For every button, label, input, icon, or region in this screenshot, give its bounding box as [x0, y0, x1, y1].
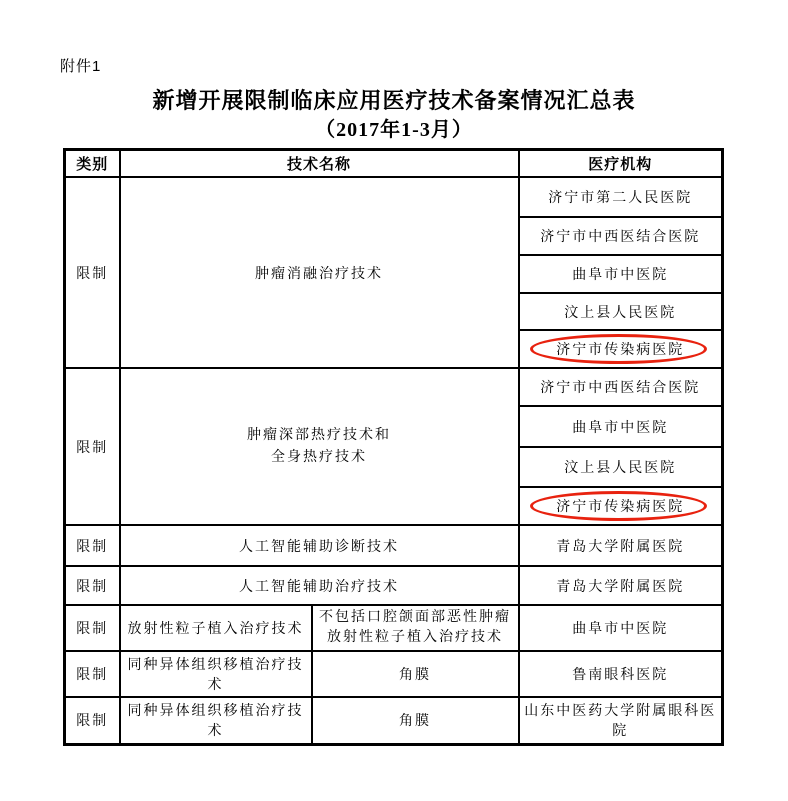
- institution-name: 济宁市传染病医院: [556, 343, 684, 358]
- table-row: 限制 同种异体组织移植治疗技术 角膜 鲁南眼科医院: [65, 651, 723, 697]
- technology-cell: 肿瘤深部热疗技术和 全身热疗技术: [120, 368, 519, 525]
- technology-cell: 人工智能辅助诊断技术: [120, 525, 519, 566]
- table-row: 限制 肿瘤深部热疗技术和 全身热疗技术 济宁市中西医结合医院: [65, 368, 723, 406]
- institution-cell: 青岛大学附属医院: [519, 566, 723, 605]
- institution-cell: 曲阜市中医院: [519, 605, 723, 651]
- document-subtitle: （2017年1-3月）: [0, 113, 788, 142]
- technology-cell: 同种异体组织移植治疗技术: [120, 651, 312, 697]
- institution-cell: 曲阜市中医院: [519, 255, 723, 293]
- scanned-document-page: { "page": { "attachment_label": "附件1", "…: [0, 0, 788, 801]
- institution-name: 济宁市传染病医院: [556, 500, 684, 515]
- institution-cell: 汶上县人民医院: [519, 447, 723, 487]
- institution-cell-circled: 济宁市传染病医院: [519, 487, 723, 525]
- category-cell: 限制: [65, 525, 120, 566]
- table-row: 限制 放射性粒子植入治疗技术 不包括口腔颌面部恶性肿瘤放射性粒子植入治疗技术 曲…: [65, 605, 723, 651]
- summary-table: 类别 技术名称 医疗机构 限制 肿瘤消融治疗技术 济宁市第二人民医院 济宁市中西…: [63, 148, 724, 746]
- column-header-category: 类别: [65, 150, 120, 178]
- table-row: 限制 肿瘤消融治疗技术 济宁市第二人民医院: [65, 177, 723, 217]
- technology-note-cell: 角膜: [312, 651, 519, 697]
- institution-cell: 山东中医药大学附属眼科医院: [519, 697, 723, 744]
- institution-cell: 青岛大学附属医院: [519, 525, 723, 566]
- attachment-label: 附件1: [60, 55, 101, 76]
- institution-cell: 汶上县人民医院: [519, 293, 723, 330]
- column-header-technology: 技术名称: [120, 150, 519, 178]
- table-row: 限制 人工智能辅助治疗技术 青岛大学附属医院: [65, 566, 723, 605]
- technology-cell: 人工智能辅助治疗技术: [120, 566, 519, 605]
- table-row: 限制 人工智能辅助诊断技术 青岛大学附属医院: [65, 525, 723, 566]
- technology-cell: 放射性粒子植入治疗技术: [120, 605, 312, 651]
- category-cell: 限制: [65, 566, 120, 605]
- institution-cell: 济宁市中西医结合医院: [519, 217, 723, 255]
- column-header-institution: 医疗机构: [519, 150, 723, 178]
- document-title: 新增开展限制临床应用医疗技术备案情况汇总表: [0, 84, 788, 115]
- category-cell: 限制: [65, 697, 120, 744]
- category-cell: 限制: [65, 605, 120, 651]
- table-row: 限制 同种异体组织移植治疗技术 角膜 山东中医药大学附属眼科医院: [65, 697, 723, 744]
- table-header-row: 类别 技术名称 医疗机构: [65, 150, 723, 178]
- technology-cell: 同种异体组织移植治疗技术: [120, 697, 312, 744]
- institution-cell: 济宁市中西医结合医院: [519, 368, 723, 406]
- institution-cell-circled: 济宁市传染病医院: [519, 330, 723, 368]
- technology-note-cell: 不包括口腔颌面部恶性肿瘤放射性粒子植入治疗技术: [312, 605, 519, 651]
- institution-cell: 济宁市第二人民医院: [519, 177, 723, 217]
- category-cell: 限制: [65, 177, 120, 368]
- category-cell: 限制: [65, 651, 120, 697]
- technology-note-cell: 角膜: [312, 697, 519, 744]
- institution-cell: 曲阜市中医院: [519, 406, 723, 447]
- institution-cell: 鲁南眼科医院: [519, 651, 723, 697]
- technology-cell: 肿瘤消融治疗技术: [120, 177, 519, 368]
- category-cell: 限制: [65, 368, 120, 525]
